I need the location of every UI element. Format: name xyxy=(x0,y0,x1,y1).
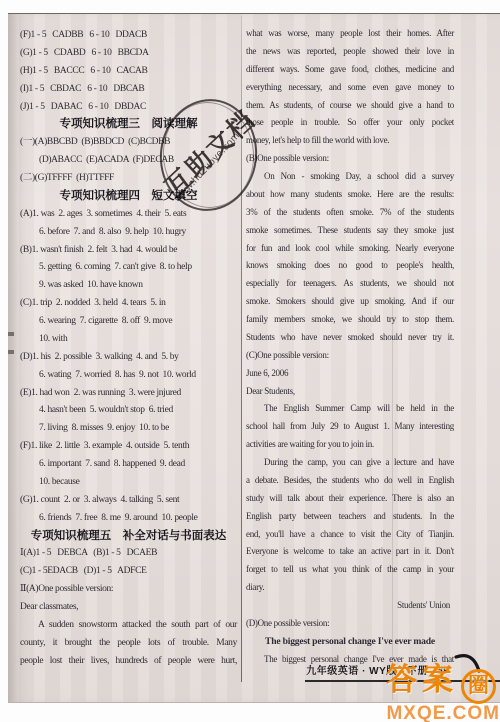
text-line: 专项知识梳理四 短文填空 xyxy=(20,188,237,206)
text-line: everything necessary, and some even gave… xyxy=(246,79,454,97)
text-line: forget to tell us what you think of the … xyxy=(246,561,454,579)
text-line: (H)1 - 5 BACCC 6 - 10 CACAB xyxy=(20,63,237,81)
text-line: Dear classmates, xyxy=(20,599,237,617)
text-line: school hall from July 29 to August 1. Ma… xyxy=(246,418,454,436)
page-number: 89 xyxy=(437,665,449,677)
pen-swoosh-mark xyxy=(453,652,489,676)
text-line: (B)1. wasn't finish 2. felt 3. had 4. wo… xyxy=(20,242,237,260)
left-column: (F)1 - 5 CADBB 6 - 10 DDACB(G)1 - 5 CDAB… xyxy=(20,27,237,671)
text-line: what was worse, many people lost their h… xyxy=(246,25,454,43)
text-line: smoke. Smokers should give up smoking. A… xyxy=(246,293,454,311)
scan-edge-mark xyxy=(8,350,14,354)
column-divider-rule xyxy=(241,16,242,682)
text-line: 4. hasn't been 5. wouldn't stop 6. tried xyxy=(20,402,237,420)
text-line: for fun and look cool while smoking. Nea… xyxy=(246,240,454,258)
text-line: (D)ABACC (E)ACADA (F)DECAB xyxy=(20,152,237,170)
text-line: diary. xyxy=(246,579,454,597)
text-line: about how many students smoke. Here are … xyxy=(246,186,454,204)
text-line: smoke sometimes. These students say they… xyxy=(246,222,454,240)
text-line: The biggest personal change I've ever ma… xyxy=(246,633,454,651)
text-line: 专项知识梳理三 阅读理解 xyxy=(20,116,237,134)
text-line: 3% of the students often smoke. 7% of th… xyxy=(246,204,454,222)
text-line: On Non - smoking Day, a school did a sur… xyxy=(246,168,454,186)
text-line: June 6, 2006 xyxy=(246,365,454,383)
watermark-site-url: MXQE.COM xyxy=(386,704,500,722)
text-line: 6. wearing 7. cigarette 8. off 9. move xyxy=(20,313,237,331)
text-line: the news was reported, people showed the… xyxy=(246,43,454,61)
text-line: (D)One possible version: xyxy=(246,615,454,633)
text-line: (F)1 - 5 CADBB 6 - 10 DDACB xyxy=(20,27,237,45)
text-line: A sudden snowstorm attacked the south pa… xyxy=(20,617,237,635)
text-line: them. As students, of course we should g… xyxy=(246,97,454,115)
scan-edge-mark xyxy=(8,332,14,336)
text-line: different ways. Some gave food, clothes,… xyxy=(246,61,454,79)
text-line: (二)(G)TFFFF (H)TTFFF xyxy=(20,170,237,188)
text-line: Everyone is welcome to take an active pa… xyxy=(246,543,454,561)
text-line: 6. friends 7. free 8. me 9. around 10. p… xyxy=(20,510,237,528)
text-line: 6. before 7. and 8. also 9. help 10. hug… xyxy=(20,224,237,242)
text-line: 5. getting 6. coming 7. can't give 8. to… xyxy=(20,259,237,277)
text-line: (一)(A)BBCBD (B)BBDCD (C)BCDBB xyxy=(20,134,237,152)
text-line: county, it brought the people lots of tr… xyxy=(20,635,237,653)
text-line: activities are waiting for you to join i… xyxy=(246,436,454,454)
text-line: (A)1. was 2. ages 3. sometimes 4. their … xyxy=(20,206,237,224)
text-line: During the camp, you can give a lecture … xyxy=(246,454,454,472)
text-line: especially for teenagers. As students, w… xyxy=(246,275,454,293)
text-line: (G)1 - 5 CDABD 6 - 10 BBCDA xyxy=(20,45,237,63)
text-line: (B)One possible version: xyxy=(246,150,454,168)
text-line: (C)1 - 5EDACB (D)1 - 5 ADFCE xyxy=(20,563,237,581)
text-line: 9. was asked 10. have known xyxy=(20,277,237,295)
text-line: 6. wating 7. worried 8. has 9. not 10. w… xyxy=(20,367,237,385)
text-line: 10. with xyxy=(20,331,237,349)
right-column: what was worse, many people lost their h… xyxy=(246,25,454,669)
text-line: (D)1. his 2. possible 3. walking 4. and … xyxy=(20,349,237,367)
text-line: study will talk about their experience. … xyxy=(246,490,454,508)
text-line: (C)One possible version: xyxy=(246,347,454,365)
text-line: Ⅰ(A)1 - 5 DEBCA (B)1 - 5 DCAEB xyxy=(20,545,237,563)
book-title: 九年级英语 · WY版 · 下册 xyxy=(306,662,428,677)
text-line: family members smoke, we should try to s… xyxy=(246,311,454,329)
text-line: Ⅱ(A)One possible version: xyxy=(20,581,237,599)
text-line: 10. because xyxy=(20,474,237,492)
text-line: English party between teachers and stude… xyxy=(246,508,454,526)
text-line: knows smoking does no good to people's h… xyxy=(246,257,454,275)
footer-rule xyxy=(305,680,500,682)
text-line: 7. living 8. misses 9. enjoy 10. to be xyxy=(20,420,237,438)
text-line: end, you'll have a chance to visit the C… xyxy=(246,526,454,544)
text-line: a debate. Besides, the students who do w… xyxy=(246,472,454,490)
text-line: Students who have never smoked should ne… xyxy=(246,329,454,347)
text-line: 6. important 7. sand 8. happened 9. dead xyxy=(20,456,237,474)
scanned-answer-page: (F)1 - 5 CADBB 6 - 10 DDACB(G)1 - 5 CDAB… xyxy=(0,0,500,722)
text-line: (J)1 - 5 DABAC 6 - 10 DBDAC xyxy=(20,99,237,117)
text-line: money, let's help to fill the world with… xyxy=(246,132,454,150)
text-line: those people in trouble. So offer your o… xyxy=(246,114,454,132)
text-line: (I)1 - 5 CBDAC 6 - 10 DBCAB xyxy=(20,81,237,99)
text-line: people lost their lives, hundreds of peo… xyxy=(20,653,237,671)
text-line: (C)1. trip 2. nodded 3. held 4. tears 5.… xyxy=(20,295,237,313)
text-line: The English Summer Camp will be held in … xyxy=(246,400,454,418)
text-line: Students' Union xyxy=(246,597,454,615)
text-line: (E)1. had won 2. was running 3. were jnj… xyxy=(20,385,237,403)
text-line: (F)1. like 2. little 3. example 4. outsi… xyxy=(20,438,237,456)
text-line: Dear Students, xyxy=(246,383,454,401)
text-line: 专项知识梳理五 补全对话与书面表达 xyxy=(20,528,237,546)
text-line: (G)1. count 2. or 3. always 4. talking 5… xyxy=(20,492,237,510)
